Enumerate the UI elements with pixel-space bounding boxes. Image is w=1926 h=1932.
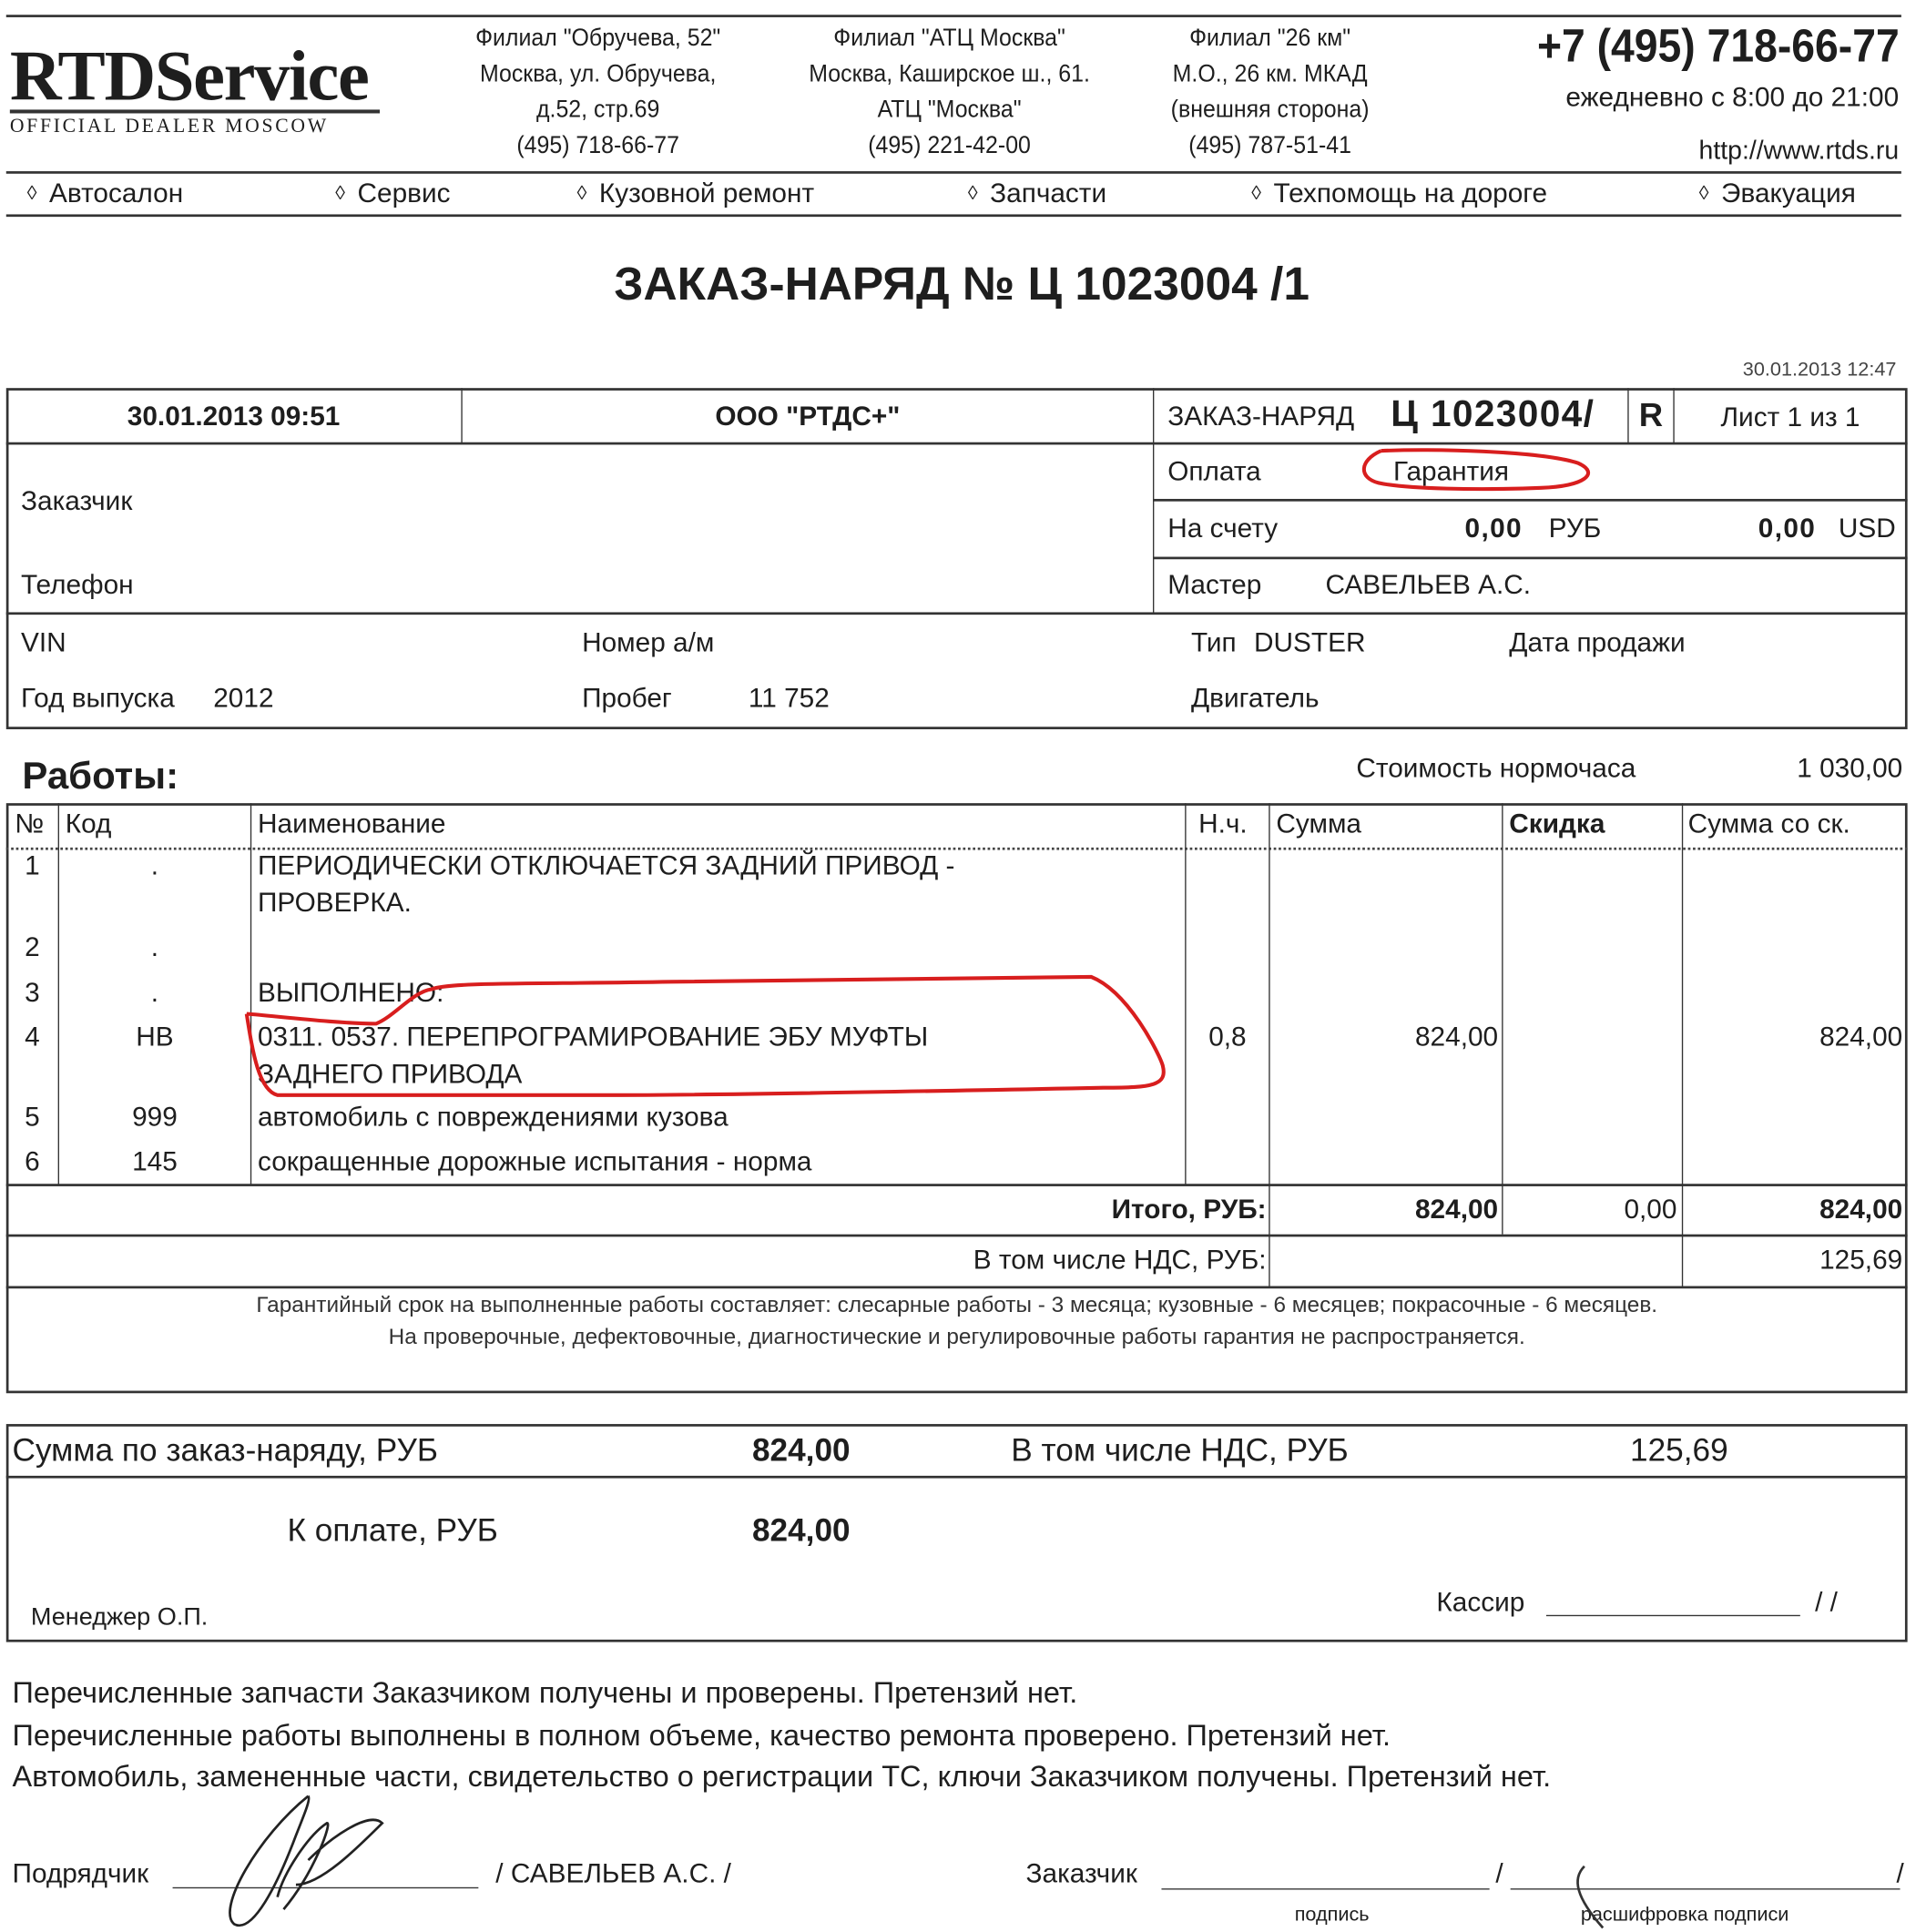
column-header-hours: Н.ч. bbox=[1198, 808, 1248, 840]
order-sum-label: Сумма по заказ-наряду, РУБ bbox=[13, 1431, 438, 1469]
row-name: ПРОВЕРКА. bbox=[258, 887, 412, 919]
account-rub-value: 0,00 bbox=[1465, 513, 1523, 544]
nav-item-parts[interactable]: Запчасти bbox=[968, 178, 1106, 209]
nav-item-roadside-help[interactable]: Техпомощь на дороге bbox=[1251, 178, 1547, 209]
column-header-code: Код bbox=[66, 808, 112, 840]
branch-address: АТЦ "Москва" bbox=[780, 92, 1120, 127]
contractor-signature-line[interactable] bbox=[173, 1887, 479, 1888]
slash: / bbox=[1495, 1857, 1503, 1889]
summary-rule bbox=[6, 1476, 1908, 1479]
sale-date-label: Дата продажи bbox=[1509, 627, 1685, 659]
row-number: 6 bbox=[25, 1145, 40, 1177]
website-link[interactable]: http://www.rtds.ru bbox=[1699, 137, 1900, 166]
warranty-exclusion-note: На проверочные, дефектовочные, диагности… bbox=[6, 1324, 1908, 1349]
labor-rate-value: 1 030,00 bbox=[1797, 753, 1902, 785]
vat-value: 125,69 bbox=[1819, 1245, 1902, 1276]
year-value: 2012 bbox=[213, 683, 273, 715]
column-header-discount: Скидка bbox=[1509, 808, 1605, 840]
signature-caption: подпись bbox=[1295, 1905, 1370, 1927]
cashier-signature-line[interactable] bbox=[1546, 1615, 1800, 1616]
statement-vehicle: Автомобиль, замененные части, свидетельс… bbox=[13, 1760, 1552, 1795]
header-top-rule bbox=[6, 15, 1901, 17]
column-header-sum-with-discount: Сумма со ск. bbox=[1688, 808, 1850, 840]
row-code: . bbox=[59, 931, 250, 963]
branch-phone: (495) 221-42-00 bbox=[780, 128, 1120, 164]
labor-rate-label: Стоимость нормочаса bbox=[1356, 753, 1636, 785]
row-code: . bbox=[59, 850, 250, 882]
account-rub-unit: РУБ bbox=[1549, 513, 1602, 544]
payment-value: Гарантия bbox=[1393, 456, 1509, 488]
total-with-discount: 824,00 bbox=[1819, 1194, 1902, 1225]
branch-name: Филиал "Обручева, 52" bbox=[439, 21, 757, 56]
customer-decoding-line[interactable] bbox=[1511, 1888, 1901, 1889]
row-hours: 0,8 bbox=[1187, 1022, 1269, 1053]
document-title: ЗАКАЗ-НАРЯД № Ц 1023004 /1 bbox=[0, 259, 1923, 311]
row-name: ВЫПОЛНЕНО: bbox=[258, 977, 443, 1009]
order-flag: R bbox=[1629, 397, 1674, 435]
row-name: сокращенные дорожные испытания - норма bbox=[258, 1145, 812, 1177]
order-sum-value: 824,00 bbox=[752, 1431, 851, 1469]
to-pay-label: К оплате, РУБ bbox=[287, 1511, 497, 1550]
order-datetime: 30.01.2013 09:51 bbox=[6, 401, 462, 432]
total-label: Итого, РУБ: bbox=[1112, 1194, 1267, 1225]
row-code: . bbox=[59, 977, 250, 1009]
cashier-label: Кассир bbox=[1436, 1587, 1524, 1619]
col-divider bbox=[250, 803, 251, 1185]
account-label: На счету bbox=[1167, 513, 1278, 544]
logo-rule bbox=[10, 109, 380, 113]
sheet-counter: Лист 1 из 1 bbox=[1675, 402, 1907, 433]
branch-address: М.О., 26 км. МКАД bbox=[1134, 56, 1406, 92]
row-name: ЗАДНЕГО ПРИВОДА bbox=[258, 1058, 522, 1090]
statement-parts: Перечисленные запчасти Заказчиком получе… bbox=[13, 1676, 1078, 1711]
account-usd-value: 0,00 bbox=[1758, 513, 1816, 544]
working-hours: ежедневно с 8:00 до 21:00 bbox=[1565, 81, 1899, 113]
branch-26-km: Филиал "26 км" М.О., 26 км. МКАД (внешня… bbox=[1134, 21, 1406, 164]
type-value: DUSTER bbox=[1254, 627, 1365, 659]
mileage-value: 11 752 bbox=[749, 683, 830, 715]
warranty-note: Гарантийный срок на выполненные работы с… bbox=[6, 1292, 1908, 1317]
print-datetime: 30.01.2013 12:47 bbox=[1743, 360, 1897, 381]
row-rule bbox=[6, 1286, 1908, 1289]
decoding-caption: расшифровка подписи bbox=[1581, 1905, 1789, 1927]
row-sum: 824,00 bbox=[1415, 1022, 1498, 1053]
row-number: 2 bbox=[25, 931, 40, 963]
contractor-name: / САВЕЛЬЕВ А.С. / bbox=[495, 1857, 731, 1889]
col-divider bbox=[1185, 803, 1186, 1185]
phone-label: Телефон bbox=[21, 569, 134, 601]
cashier-slashes: / / bbox=[1815, 1587, 1838, 1619]
master-value: САВЕЛЬЕВ А.С. bbox=[1326, 569, 1532, 601]
column-header-sum: Сумма bbox=[1276, 808, 1361, 840]
branch-name: Филиал "26 км" bbox=[1134, 21, 1406, 56]
branch-name: Филиал "АТЦ Москва" bbox=[780, 21, 1120, 56]
row-name: ПЕРИОДИЧЕСКИ ОТКЛЮЧАЕТСЯ ЗАДНИЙ ПРИВОД - bbox=[258, 850, 954, 882]
summary-vat-label: В том числе НДС, РУБ bbox=[1011, 1431, 1348, 1469]
column-header-number: № bbox=[15, 808, 44, 840]
order-label: ЗАКАЗ-НАРЯД bbox=[1167, 401, 1354, 432]
nav-top-rule bbox=[6, 171, 1901, 174]
slash: / bbox=[1896, 1857, 1903, 1889]
handwritten-signature bbox=[209, 1786, 394, 1932]
row-number: 3 bbox=[25, 977, 40, 1009]
year-label: Год выпуска bbox=[21, 683, 175, 715]
summary-vat-value: 125,69 bbox=[1630, 1431, 1728, 1469]
payment-label: Оплата bbox=[1167, 456, 1260, 488]
customer-label: Заказчик bbox=[21, 485, 132, 517]
nav-item-evacuation[interactable]: Эвакуация bbox=[1699, 178, 1856, 209]
main-phone: +7 (495) 718-66-77 bbox=[1536, 21, 1899, 74]
total-sum: 824,00 bbox=[1415, 1194, 1498, 1225]
mileage-label: Пробег bbox=[582, 683, 672, 715]
row-number: 1 bbox=[25, 850, 40, 882]
branch-phone: (495) 718-66-77 bbox=[439, 128, 757, 164]
branch-address: (внешняя сторона) bbox=[1134, 92, 1406, 127]
row-name: автомобиль с повреждениями кузова bbox=[258, 1102, 729, 1134]
row-code: НВ bbox=[59, 1022, 250, 1053]
vat-label: В том числе НДС, РУБ: bbox=[973, 1245, 1267, 1276]
logo-subtitle: OFFICIAL DEALER MOSCOW bbox=[10, 116, 329, 137]
customer-signature-line[interactable] bbox=[1161, 1888, 1489, 1889]
col-divider bbox=[1502, 803, 1503, 1235]
work-order-document: RTDService OFFICIAL DEALER MOSCOW Филиал… bbox=[0, 0, 1926, 1932]
info-row-rule bbox=[6, 442, 1908, 445]
col-divider bbox=[1682, 803, 1683, 1287]
branch-address: д.52, стр.69 bbox=[439, 92, 757, 127]
plate-label: Номер а/м bbox=[582, 627, 714, 659]
logo-title: RTDService bbox=[10, 35, 369, 117]
branch-address: Москва, ул. Обручева, bbox=[439, 56, 757, 92]
info-row-rule bbox=[1153, 557, 1908, 560]
account-usd-unit: USD bbox=[1839, 513, 1896, 544]
row-number: 4 bbox=[25, 1022, 40, 1053]
nav-bottom-rule bbox=[6, 214, 1901, 217]
nav-item-autosalon[interactable]: Автосалон bbox=[27, 178, 183, 209]
to-pay-value: 824,00 bbox=[752, 1511, 851, 1550]
branch-address: Москва, Каширское ш., 61. bbox=[780, 56, 1120, 92]
master-label: Мастер bbox=[1167, 569, 1261, 601]
info-row-rule bbox=[6, 612, 1908, 615]
company-name: ООО "РТДС+" bbox=[463, 401, 1153, 432]
nav-item-body-repair[interactable]: Кузовной ремонт bbox=[577, 178, 814, 209]
row-number: 5 bbox=[25, 1102, 40, 1134]
row-rule bbox=[6, 1235, 1908, 1237]
nav-item-service[interactable]: Сервис bbox=[335, 178, 450, 209]
engine-label: Двигатель bbox=[1191, 683, 1320, 715]
branch-atc-moskva: Филиал "АТЦ Москва" Москва, Каширское ш.… bbox=[780, 21, 1120, 164]
col-divider bbox=[1269, 803, 1269, 1287]
row-code: 145 bbox=[59, 1145, 250, 1177]
order-number: Ц 1023004/ bbox=[1391, 394, 1595, 436]
row-total: 824,00 bbox=[1819, 1022, 1902, 1053]
customer-signature-label: Заказчик bbox=[1026, 1857, 1137, 1889]
type-label: Тип bbox=[1191, 627, 1237, 659]
total-discount: 0,00 bbox=[1624, 1194, 1676, 1225]
branch-obrucheva: Филиал "Обручева, 52" Москва, ул. Обруче… bbox=[439, 21, 757, 164]
info-row-rule bbox=[1153, 499, 1908, 502]
row-code: 999 bbox=[59, 1102, 250, 1134]
row-rule bbox=[6, 1184, 1908, 1186]
contractor-label: Подрядчик bbox=[13, 1857, 149, 1889]
column-header-name: Наименование bbox=[258, 808, 446, 840]
branch-phone: (495) 787-51-41 bbox=[1134, 128, 1406, 164]
row-name: 0311. 0537. ПЕРЕПРОГРАМИРОВАНИЕ ЭБУ МУФТ… bbox=[258, 1022, 928, 1053]
statement-works: Перечисленные работы выполнены в полном … bbox=[13, 1720, 1391, 1754]
works-section-title: Работы: bbox=[22, 754, 178, 798]
manager-label: Менеджер О.П. bbox=[31, 1604, 208, 1632]
vin-label: VIN bbox=[21, 627, 66, 659]
